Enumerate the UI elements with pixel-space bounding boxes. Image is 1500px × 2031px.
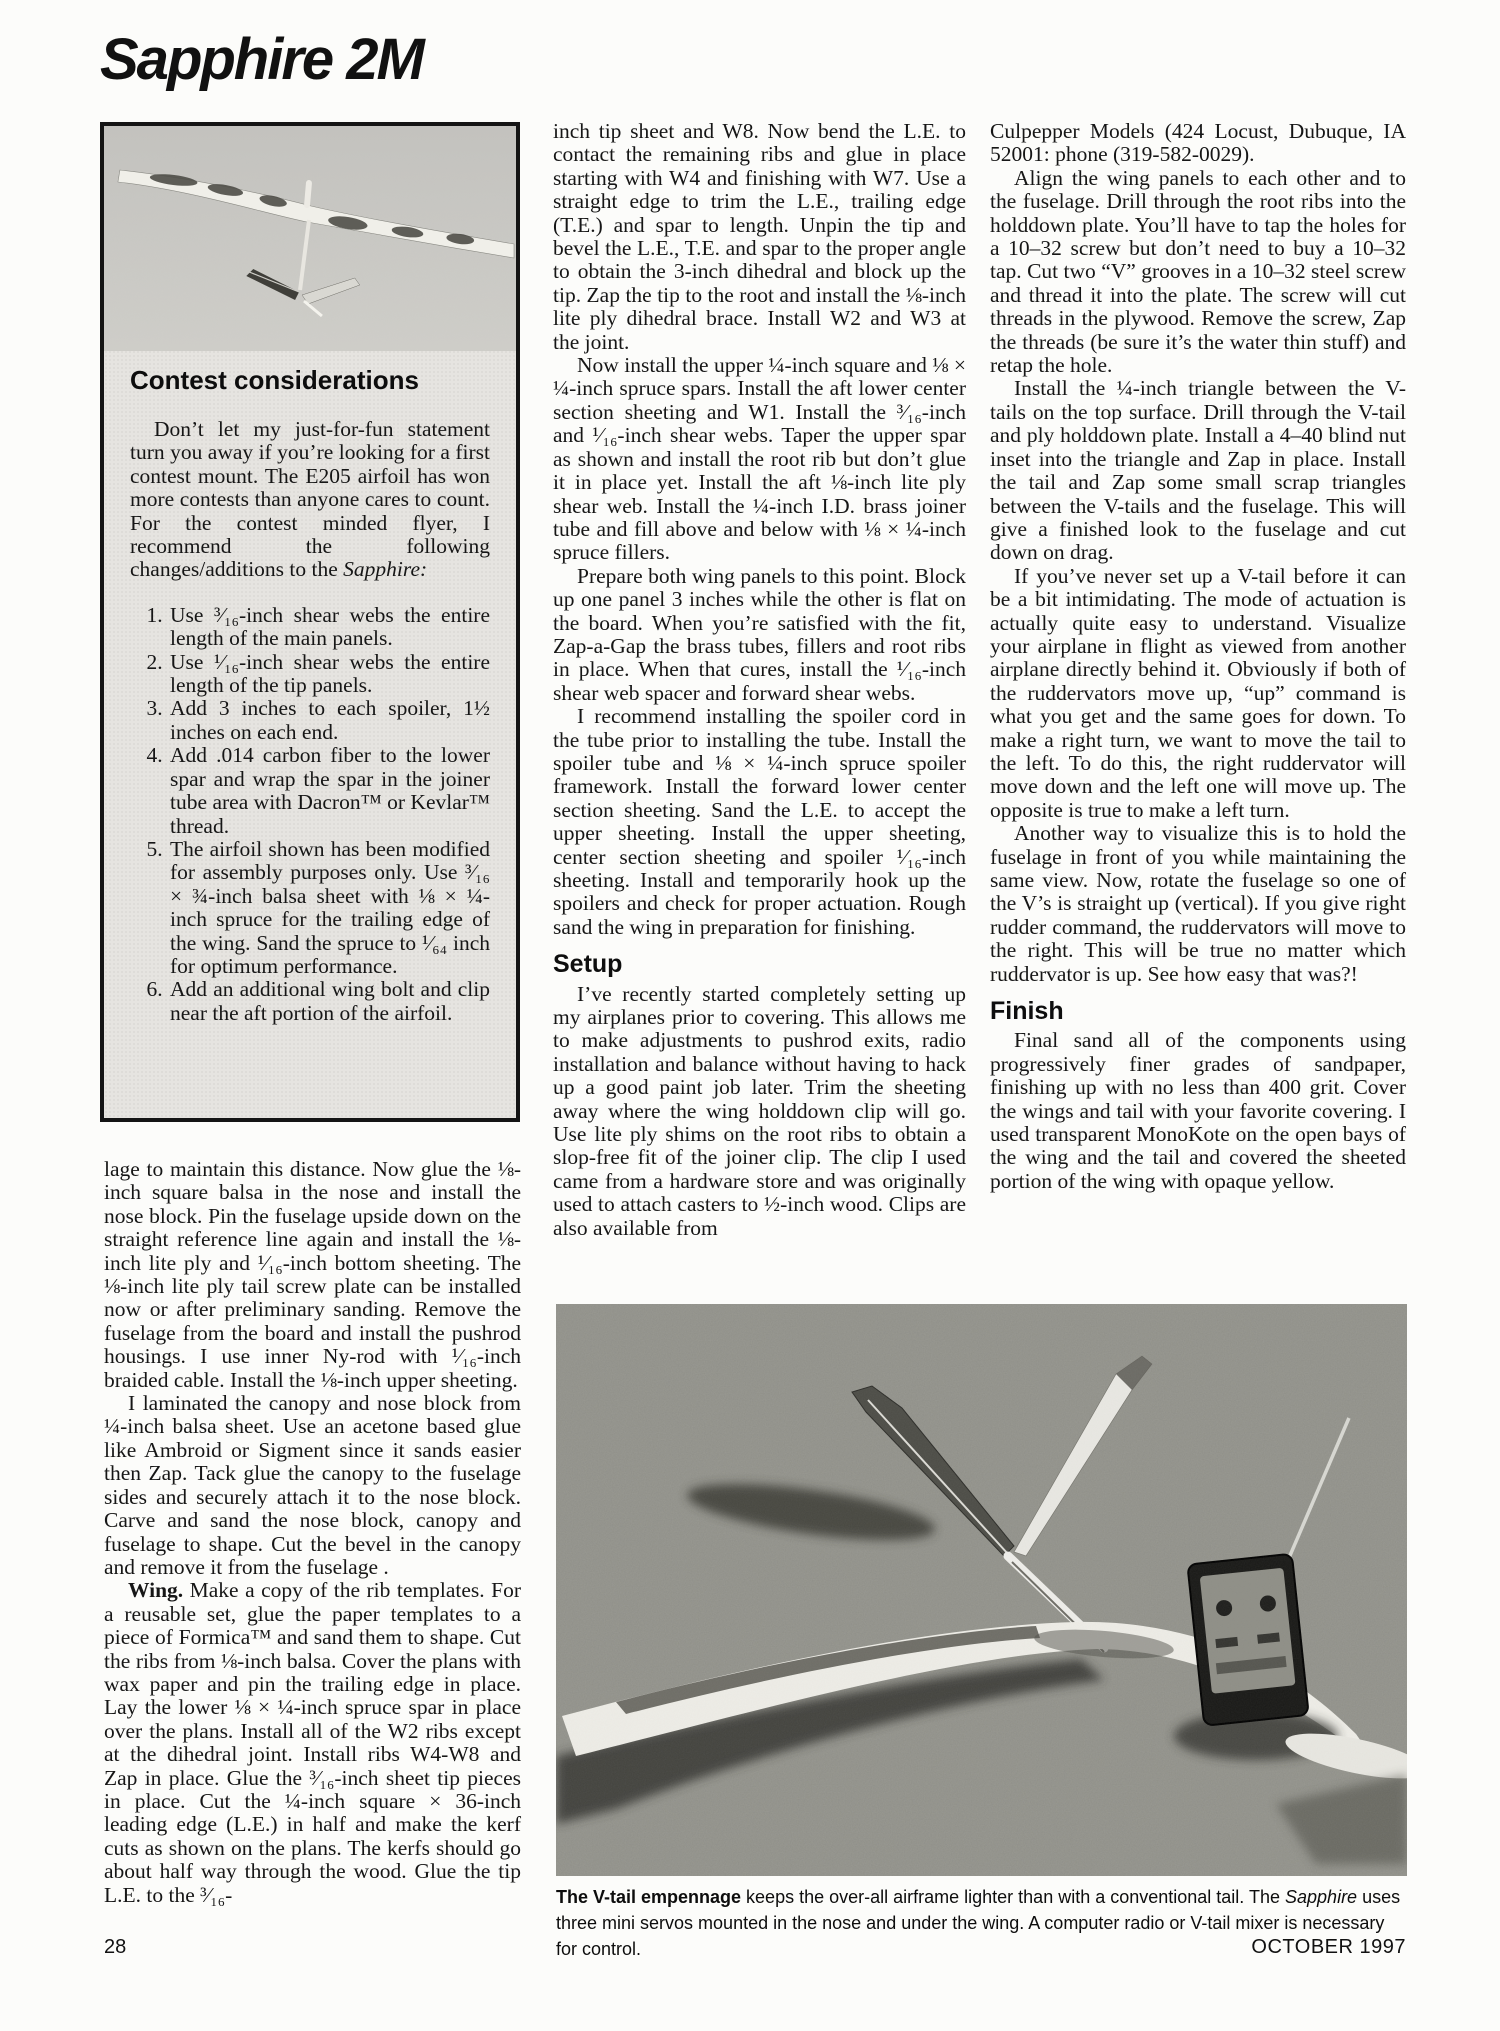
paragraph: lage to maintain this distance. Now glue…: [104, 1158, 521, 1392]
page-number: 28: [104, 1936, 126, 1959]
text-segment: Final sand all of the components using p…: [990, 1028, 1406, 1192]
sidebar-heading: Contest considerations: [130, 365, 490, 396]
paragraph: Final sand all of the components using p…: [990, 1029, 1406, 1193]
paragraph: Culpepper Models (424 Locust, Dubuque, I…: [990, 120, 1406, 167]
right-column: Culpepper Models (424 Locust, Dubuque, I…: [990, 120, 1406, 1193]
setup-body: I’ve recently started completely setting…: [553, 983, 966, 1240]
issue-date: OCTOBER 1997: [990, 1936, 1406, 1959]
modification-item: Add an additional wing bolt and clip nea…: [168, 978, 490, 1025]
text-segment: I laminated the canopy and nose block fr…: [104, 1391, 521, 1579]
paragraph: I’ve recently started completely setting…: [553, 983, 966, 1240]
modification-item: Add 3 inches to each spoiler, 1½ inches …: [168, 697, 490, 744]
text-segment: inch tip sheet and W8. Now bend the L.E.…: [553, 119, 966, 354]
text-segment: Prepare both wing panels to this point. …: [553, 564, 966, 705]
paragraph: I recommend installing the spoiler cord …: [553, 705, 966, 939]
paragraph: If you’ve never set up a V-tail before i…: [990, 565, 1406, 822]
middle-column: inch tip sheet and W8. Now bend the L.E.…: [553, 120, 966, 1240]
glider-in-flight-photo: [104, 126, 516, 351]
paragraph: Another way to visualize this is to hold…: [990, 822, 1406, 986]
paragraph: Wing. Make a copy of the rib templates. …: [104, 1579, 521, 1907]
modifications-list: Use ³⁄₁₆-inch shear webs the entire leng…: [130, 604, 490, 1025]
text-segment: Install the ¼-inch triangle between the …: [990, 376, 1406, 564]
text-segment: I recommend installing the spoiler cord …: [553, 704, 966, 939]
paragraph: Align the wing panels to each other and …: [990, 167, 1406, 378]
text-segment: The V-tail empennage: [556, 1887, 741, 1907]
finish-body: Final sand all of the components using p…: [990, 1029, 1406, 1193]
text-segment: Another way to visualize this is to hold…: [990, 821, 1406, 985]
article-title: Sapphire 2M: [100, 26, 423, 93]
text-segment: If you’ve never set up a V-tail before i…: [990, 564, 1406, 822]
paragraph: Now install the upper ¼-inch square and …: [553, 354, 966, 565]
middle-column-body: inch tip sheet and W8. Now bend the L.E.…: [553, 120, 966, 939]
paragraph: I laminated the canopy and nose block fr…: [104, 1392, 521, 1579]
paragraph: inch tip sheet and W8. Now bend the L.E.…: [553, 120, 966, 354]
text-segment: Sapphire: [1285, 1887, 1357, 1907]
text-segment: Don’t let my just-for-fun statement turn…: [130, 417, 490, 581]
modification-item: Use ¹⁄₁₆-inch shear webs the entire leng…: [168, 651, 490, 698]
setup-heading: Setup: [553, 953, 966, 976]
sidebar-intro: Don’t let my just-for-fun statement turn…: [130, 418, 490, 582]
text-segment: Align the wing panels to each other and …: [990, 166, 1406, 377]
text-segment: Culpepper Models (424 Locust, Dubuque, I…: [990, 119, 1406, 166]
glider-on-grass-photo: [556, 1304, 1407, 1876]
text-segment: I’ve recently started completely setting…: [553, 982, 966, 1240]
text-segment: keeps the over-all airframe lighter than…: [741, 1887, 1285, 1907]
modification-item: Use ³⁄₁₆-inch shear webs the entire leng…: [168, 604, 490, 651]
finish-heading: Finish: [990, 1000, 1406, 1023]
contest-sidebar-box: Contest considerations Don’t let my just…: [100, 122, 520, 1122]
paragraph: Install the ¼-inch triangle between the …: [990, 377, 1406, 564]
modification-item: The airfoil shown has been modified for …: [168, 838, 490, 978]
paragraph: Prepare both wing panels to this point. …: [553, 565, 966, 705]
text-segment: Now install the upper ¼-inch square and …: [553, 353, 966, 564]
magazine-page: Sapphire 2M: [0, 0, 1500, 2031]
modification-item: Add .014 carbon fiber to the lower spar …: [168, 744, 490, 838]
text-segment: Sapphire:: [343, 557, 427, 581]
left-column: lage to maintain this distance. Now glue…: [104, 1158, 521, 1907]
text-segment: Make a copy of the rib templates. For a …: [104, 1578, 521, 1906]
text-segment: Wing.: [128, 1578, 183, 1602]
text-segment: lage to maintain this distance. Now glue…: [104, 1157, 521, 1392]
right-column-body: Culpepper Models (424 Locust, Dubuque, I…: [990, 120, 1406, 986]
